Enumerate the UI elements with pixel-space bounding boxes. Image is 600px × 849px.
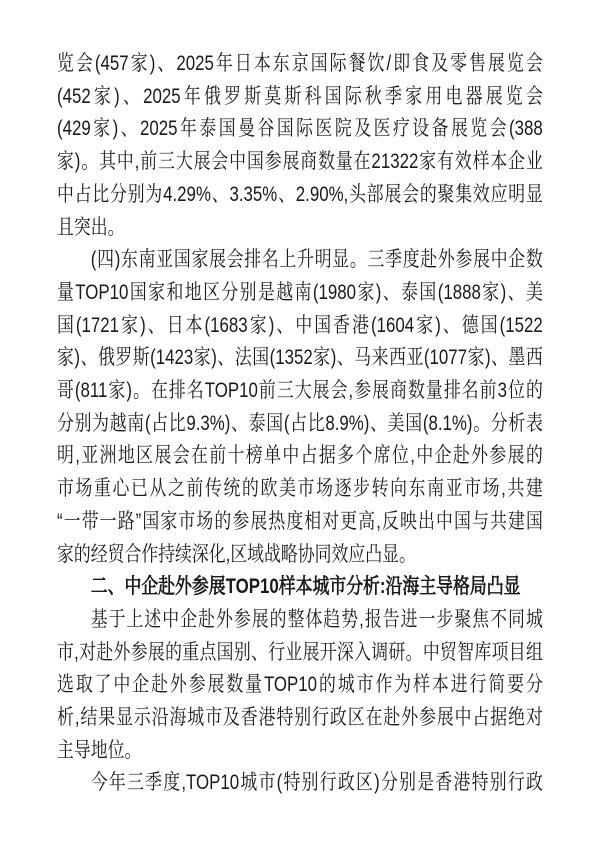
text-line: 市,对赴外参展的重点国别、行业展开深入调研。中贸智库项目组 <box>57 637 543 670</box>
text-line: (452家)、2025年俄罗斯莫斯科国际秋季家用电器展览会 <box>57 81 543 114</box>
document-text-block: 览会(457家)、2025年日本东京国际餐饮/即食及零售展览会(452家)、20… <box>57 48 543 800</box>
text-line: 且突出。 <box>57 212 543 245</box>
text-line: 选取了中企赴外参展数量TOP10的城市作为样本进行简要分 <box>57 669 543 702</box>
text-line: 中占比分别为4.29%、3.35%、2.90%,头部展会的聚集效应明显 <box>57 179 543 212</box>
text-line: 哥(811家)。在排名TOP10前三大展会,参展商数量排名前3位的 <box>57 375 543 408</box>
text-line: 家)。其中,前三大展会中国参展商数量在21322家有效样本企业 <box>57 146 543 179</box>
document-page: 览会(457家)、2025年日本东京国际餐饮/即食及零售展览会(452家)、20… <box>0 0 600 849</box>
text-line: (429家)、2025年泰国曼谷国际医院及医疗设备展览会(388 <box>57 113 543 146</box>
text-line: 主导地位。 <box>57 735 543 768</box>
text-line: 分别为越南(占比9.3%)、泰国(占比8.9%)、美国(8.1%)。分析表 <box>57 408 543 441</box>
text-line: 家的经贸合作持续深化,区域战略协同效应凸显。 <box>57 539 543 572</box>
text-line: 明,亚洲地区展会在前十榜单中占据多个席位,中企赴外参展的 <box>57 440 543 473</box>
text-line: 市场重心已从之前传统的欧美市场逐步转向东南亚市场,共建 <box>57 473 543 506</box>
text-line: “一带一路”国家市场的参展热度相对更高,反映出中国与共建国 <box>57 506 543 539</box>
text-line: 今年三季度,TOP10城市(特别行政区)分别是香港特别行政 <box>57 767 543 800</box>
section-heading: 二、中企赴外参展TOP10样本城市分析:沿海主导格局凸显 <box>57 571 543 604</box>
text-line: (四)东南亚国家展会排名上升明显。三季度赴外参展中企数 <box>57 244 543 277</box>
text-line: 基于上述中企赴外参展的整体趋势,报告进一步聚焦不同城 <box>57 604 543 637</box>
text-line: 家)、俄罗斯(1423家)、法国(1352家)、马来西亚(1077家)、墨西 <box>57 342 543 375</box>
text-line: 析,结果显示沿海城市及香港特别行政区在赴外参展中占据绝对 <box>57 702 543 735</box>
text-line: 览会(457家)、2025年日本东京国际餐饮/即食及零售展览会 <box>57 48 543 81</box>
text-line: 量TOP10国家和地区分别是越南(1980家)、泰国(1888家)、美 <box>57 277 543 310</box>
text-line: 国(1721家)、日本(1683家)、中国香港(1604家)、德国(1522 <box>57 310 543 343</box>
